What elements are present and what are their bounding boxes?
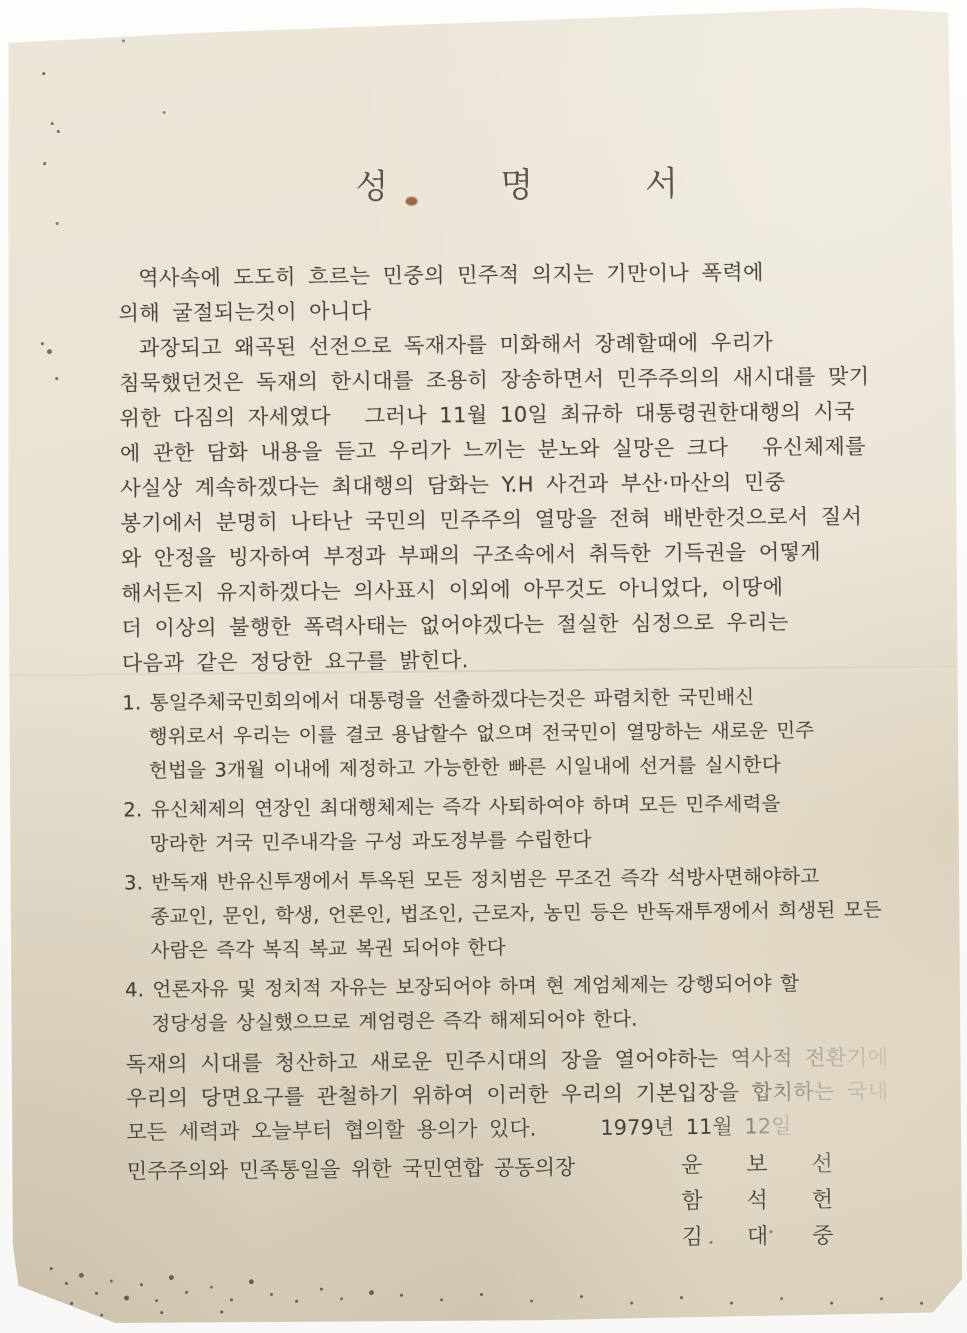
signatory-names: 윤보선함석헌김대중	[681, 1146, 878, 1256]
document-title: 성명서	[355, 154, 878, 217]
text-line: 더 이상의 불행한 폭력사태는 없어야겠다는 절실한 심정으로 우리는	[121, 604, 881, 646]
demand-item-4: 4. 언론자유 및 정치적 자유는 보장되어야 하며 현 계엄체제는 강행되어야…	[125, 966, 886, 1041]
text-line: 망라한 거국 민주내각을 구성 과도정부를 수립한다	[124, 820, 884, 861]
demand-item-3: 3. 반독재 반유신투쟁에서 투옥된 모든 정치범은 무조건 즉각 석방사면해야…	[124, 859, 885, 968]
demand-item-2: 2. 유신체제의 연장인 최대행체제는 즉각 사퇴하여야 하며 모든 민주세력을…	[123, 786, 884, 861]
text-line: 헌법을 3개월 이내에 제정하고 가능한한 빠른 시일내에 선거를 실시한다	[123, 747, 883, 788]
demand-item-1: 1. 통일주체국민회의에서 대통령을 선출하겠다는것은 파렴치한 국민배신행위로…	[122, 679, 883, 788]
text-line: 정당성을 상실했으므로 계엄령은 즉각 해제되어야 한다.	[125, 1000, 885, 1041]
document-date: 1979년 11월 12일	[600, 1109, 791, 1145]
document-photo: 성명서 역사속에 도도히 흐르는 민중의 민주적 의지는 기만이나 폭력에의해 …	[0, 0, 967, 1333]
signature-block: 민주주의와 민족통일을 위한 국민연합 공동의장 윤보선함석헌김대중	[127, 1146, 888, 1261]
intro-paragraph: 역사속에 도도히 흐르는 민중의 민주적 의지는 기만이나 폭력에의해 굴절되는…	[118, 254, 879, 331]
text-line: 사람은 즉각 복직 복교 복권 되어야 한다	[125, 927, 885, 968]
text-line: 다음과 같은 정당한 요구를 밝힌다.	[122, 639, 882, 681]
document-content: 성명서 역사속에 도도히 흐르는 민중의 민주적 의지는 기만이나 폭력에의해 …	[0, 3, 966, 1330]
paper-sheet: 성명서 역사속에 도도히 흐르는 민중의 민주적 의지는 기만이나 폭력에의해 …	[0, 3, 966, 1330]
text-line: 김대중	[682, 1218, 878, 1256]
text-line: 종교인, 문인, 학생, 언론인, 법조인, 근로자, 농민 등은 반독재투쟁에…	[124, 893, 884, 934]
body-paragraph: 과장되고 왜곡된 선전으로 독재자를 미화해서 장례할때에 우리가침묵했던것은 …	[119, 324, 882, 681]
text-line: 윤보선	[681, 1146, 877, 1184]
text-line: 4. 언론자유 및 정치적 자유는 보장되어야 하며 현 계엄체제는 강행되어야…	[125, 966, 885, 1007]
closing-paragraph: 독재의 시대를 청산하고 새로운 민주시대의 장을 열어야하는 역사적 전환기에…	[126, 1040, 887, 1115]
closing-last-text: 모든 세력과 오늘부터 협의할 용의가 있다.	[126, 1112, 536, 1150]
text-line: 함석헌	[681, 1182, 877, 1220]
organization-title: 민주주의와 민족통일을 위한 국민연합 공동의장	[127, 1149, 576, 1261]
